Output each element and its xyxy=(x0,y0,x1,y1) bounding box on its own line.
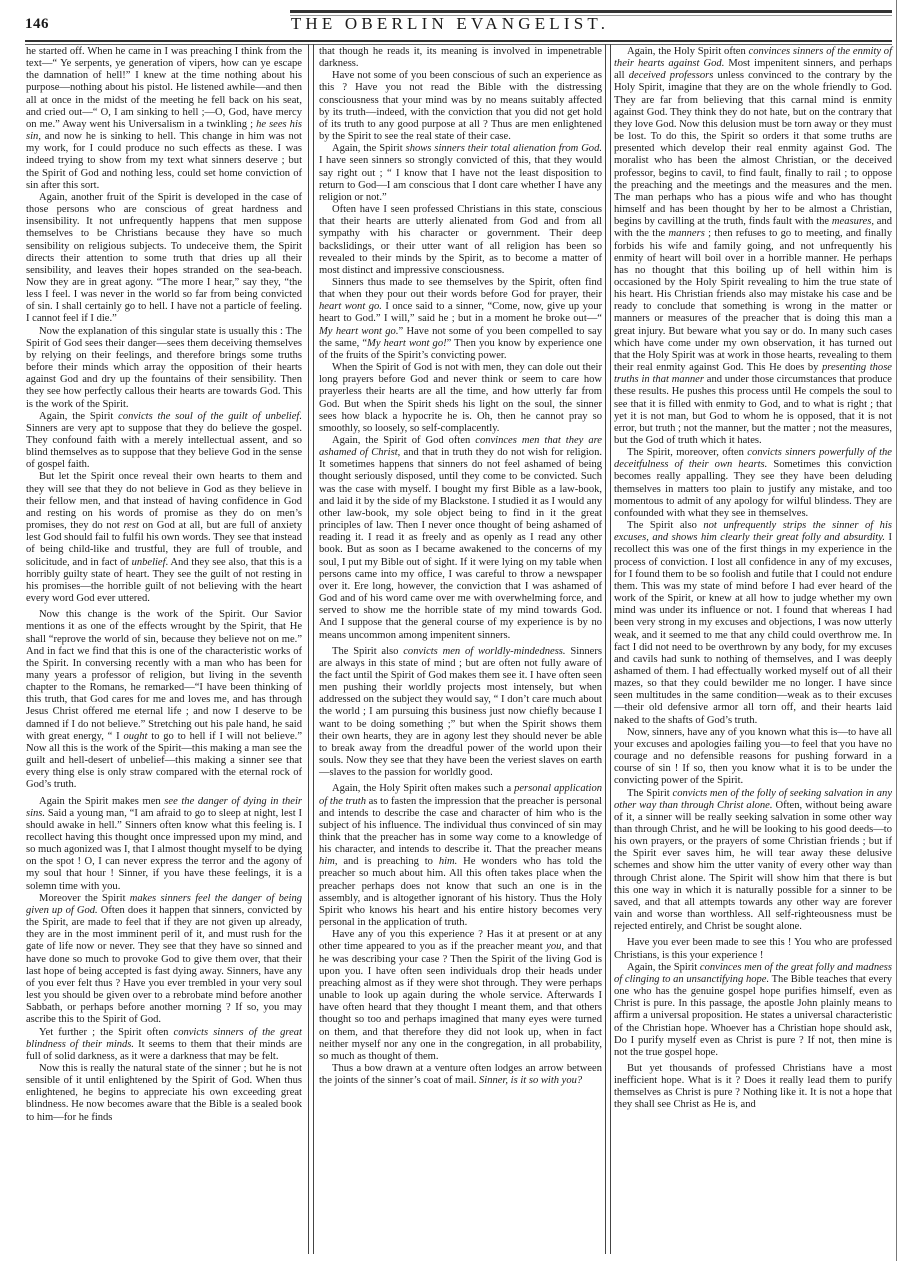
text-run: The Bible teaches that every one who has… xyxy=(614,974,892,1058)
article-paragraph: Again the Spirit makes men see the dange… xyxy=(26,796,302,893)
text-run: Now this is really the natural state of … xyxy=(26,1063,302,1123)
text-run: I have seen sinners so strongly convicte… xyxy=(319,155,602,202)
article-column-1: he started off. When he came in I was pr… xyxy=(26,46,302,1124)
text-run: Often, without being aware of it, a sinn… xyxy=(614,800,892,933)
masthead: 146 THE OBERLIN EVANGELIST. xyxy=(0,4,900,42)
text-run: ; then refuses to go to meeting, and fin… xyxy=(614,228,892,373)
text-run: The Spirit xyxy=(627,788,673,799)
text-run: Again, another fruit of the Spirit is de… xyxy=(26,192,302,325)
emphasized-text: convicts the soul of the guilt of unbeli… xyxy=(118,411,302,422)
text-run: Often does it happen that sinners, convi… xyxy=(26,905,302,1025)
text-run: Again the Spirit makes men xyxy=(39,796,164,807)
text-run: The Spirit, moreover, often xyxy=(627,447,747,458)
emphasized-text: deceived professors xyxy=(629,70,714,81)
article-paragraph: But yet thousands of professed Christian… xyxy=(614,1063,892,1112)
article-paragraph: Again, the Spirit of God often convinces… xyxy=(319,435,602,642)
text-run: Again, the Spirit of God often xyxy=(332,435,475,446)
article-paragraph: Again, the Spirit shows sinners their to… xyxy=(319,143,602,204)
text-run: The Spirit also xyxy=(332,646,403,657)
text-run: Sinners thus made to see themselves by t… xyxy=(319,277,602,300)
article-paragraph: The Spirit also not unfrequently strips … xyxy=(614,520,892,727)
article-paragraph: Again, the Holy Spirit often convinces s… xyxy=(614,46,892,447)
article-paragraph: The Spirit convicts men of the folly of … xyxy=(614,788,892,934)
article-paragraph: Again, the Spirit convicts the soul of t… xyxy=(26,411,302,472)
emphasized-text: Sinner, is it so with you? xyxy=(479,1075,582,1086)
article-paragraph: The Spirit also convicts men of worldly-… xyxy=(319,646,602,780)
text-run: Have you ever been made to see this ! Yo… xyxy=(614,937,892,960)
article-paragraph: Have not some of you been conscious of s… xyxy=(319,70,602,143)
text-run: Now, sinners, have any of you known what… xyxy=(614,727,892,787)
article-paragraph: Again, the Spirit convinces men of the g… xyxy=(614,962,892,1059)
header-rule xyxy=(25,40,892,42)
text-run: Again, the Spirit xyxy=(627,962,700,973)
column-divider xyxy=(308,44,314,1254)
text-run: Now the explanation of this singular sta… xyxy=(26,326,302,410)
text-run: unless convinced to the contrary by the … xyxy=(614,70,892,227)
emphasized-text: My heart wont go. xyxy=(319,326,398,337)
article-column-2: that though he reads it, its meaning is … xyxy=(319,46,602,1087)
article-paragraph: Yet further ; the Spirit often convicts … xyxy=(26,1027,302,1063)
article-paragraph: Now this change is the work of the Spiri… xyxy=(26,609,302,791)
text-run: Said a young man, “I am afraid to go to … xyxy=(26,808,302,892)
emphasized-text: manners xyxy=(669,228,705,239)
emphasized-text: him. xyxy=(439,856,457,867)
emphasized-text: heart wont go. xyxy=(319,301,382,312)
emphasized-text: you xyxy=(546,941,561,952)
article-paragraph: that though he reads it, its meaning is … xyxy=(319,46,602,70)
text-run: Again, the Holy Spirit often makes such … xyxy=(332,783,514,794)
text-run: But yet thousands of professed Christian… xyxy=(614,1063,892,1110)
article-paragraph: Again, another fruit of the Spirit is de… xyxy=(26,192,302,326)
text-run: , and now he is sinking to hell. This ch… xyxy=(26,131,302,191)
article-paragraph: Now, sinners, have any of you known what… xyxy=(614,727,892,788)
emphasized-text: measures xyxy=(832,216,871,227)
text-run: , and is preaching to xyxy=(335,856,439,867)
text-run: Have not some of you been conscious of s… xyxy=(319,70,602,142)
column-divider xyxy=(605,44,611,1254)
text-run: Moreover the Spirit xyxy=(39,893,130,904)
text-run: When the Spirit of God is not with men, … xyxy=(319,362,602,434)
article-paragraph: Often have I seen professed Christians i… xyxy=(319,204,602,277)
article-paragraph: But let the Spirit once reveal their own… xyxy=(26,471,302,605)
article-paragraph: Have you ever been made to see this ! Yo… xyxy=(614,937,892,961)
emphasized-text: unbelief xyxy=(132,557,166,568)
publication-title: THE OBERLIN EVANGELIST. xyxy=(0,14,900,34)
top-rule xyxy=(290,10,892,13)
text-run: Again, the Spirit xyxy=(332,143,406,154)
emphasized-text: him xyxy=(319,856,335,867)
emphasized-text: My heart wont go! xyxy=(367,338,447,349)
article-paragraph: he started off. When he came in I was pr… xyxy=(26,46,302,192)
emphasized-text: ought xyxy=(123,731,147,742)
article-paragraph: Now the explanation of this singular sta… xyxy=(26,326,302,411)
text-run: I recollect this was one of the first th… xyxy=(614,532,892,725)
article-paragraph: Again, the Holy Spirit often makes such … xyxy=(319,783,602,929)
article-paragraph: Moreover the Spirit makes sinners feel t… xyxy=(26,893,302,1027)
text-run: The Spirit also xyxy=(627,520,703,531)
text-run: Often have I seen professed Christians i… xyxy=(319,204,602,276)
article-paragraph: When the Spirit of God is not with men, … xyxy=(319,362,602,435)
article-column-3: Again, the Holy Spirit often convinces s… xyxy=(614,46,892,1112)
text-run: , and that in truth they do not wish for… xyxy=(319,447,602,640)
text-run: that though he reads it, its meaning is … xyxy=(319,46,602,69)
text-run: Sinners are always in this state of mind… xyxy=(319,646,602,779)
text-run: Yet further ; the Spirit often xyxy=(39,1027,174,1038)
emphasized-text: rest xyxy=(123,520,138,531)
text-run: , and that he was describing your case ?… xyxy=(319,941,602,1061)
article-paragraph: Have any of you this experience ? Has it… xyxy=(319,929,602,1063)
text-run: Sinners are very apt to suppose that the… xyxy=(26,423,302,470)
text-run: Again, the Spirit xyxy=(39,411,118,422)
article-paragraph: Now this is really the natural state of … xyxy=(26,1063,302,1124)
article-paragraph: The Spirit, moreover, often convicts sin… xyxy=(614,447,892,520)
article-paragraph: Sinners thus made to see themselves by t… xyxy=(319,277,602,362)
text-run: Again, the Holy Spirit often xyxy=(627,46,749,57)
text-run: Now this change is the work of the Spiri… xyxy=(26,609,302,742)
text-run: he started off. When he came in I was pr… xyxy=(26,46,302,130)
page-edge xyxy=(896,0,897,1261)
emphasized-text: convicts men of worldly-mindedness. xyxy=(403,646,565,657)
emphasized-text: shows sinners their total alienation fro… xyxy=(406,143,602,154)
article-paragraph: Thus a bow drawn at a venture often lodg… xyxy=(319,1063,602,1087)
header-rule-thin xyxy=(25,44,892,45)
